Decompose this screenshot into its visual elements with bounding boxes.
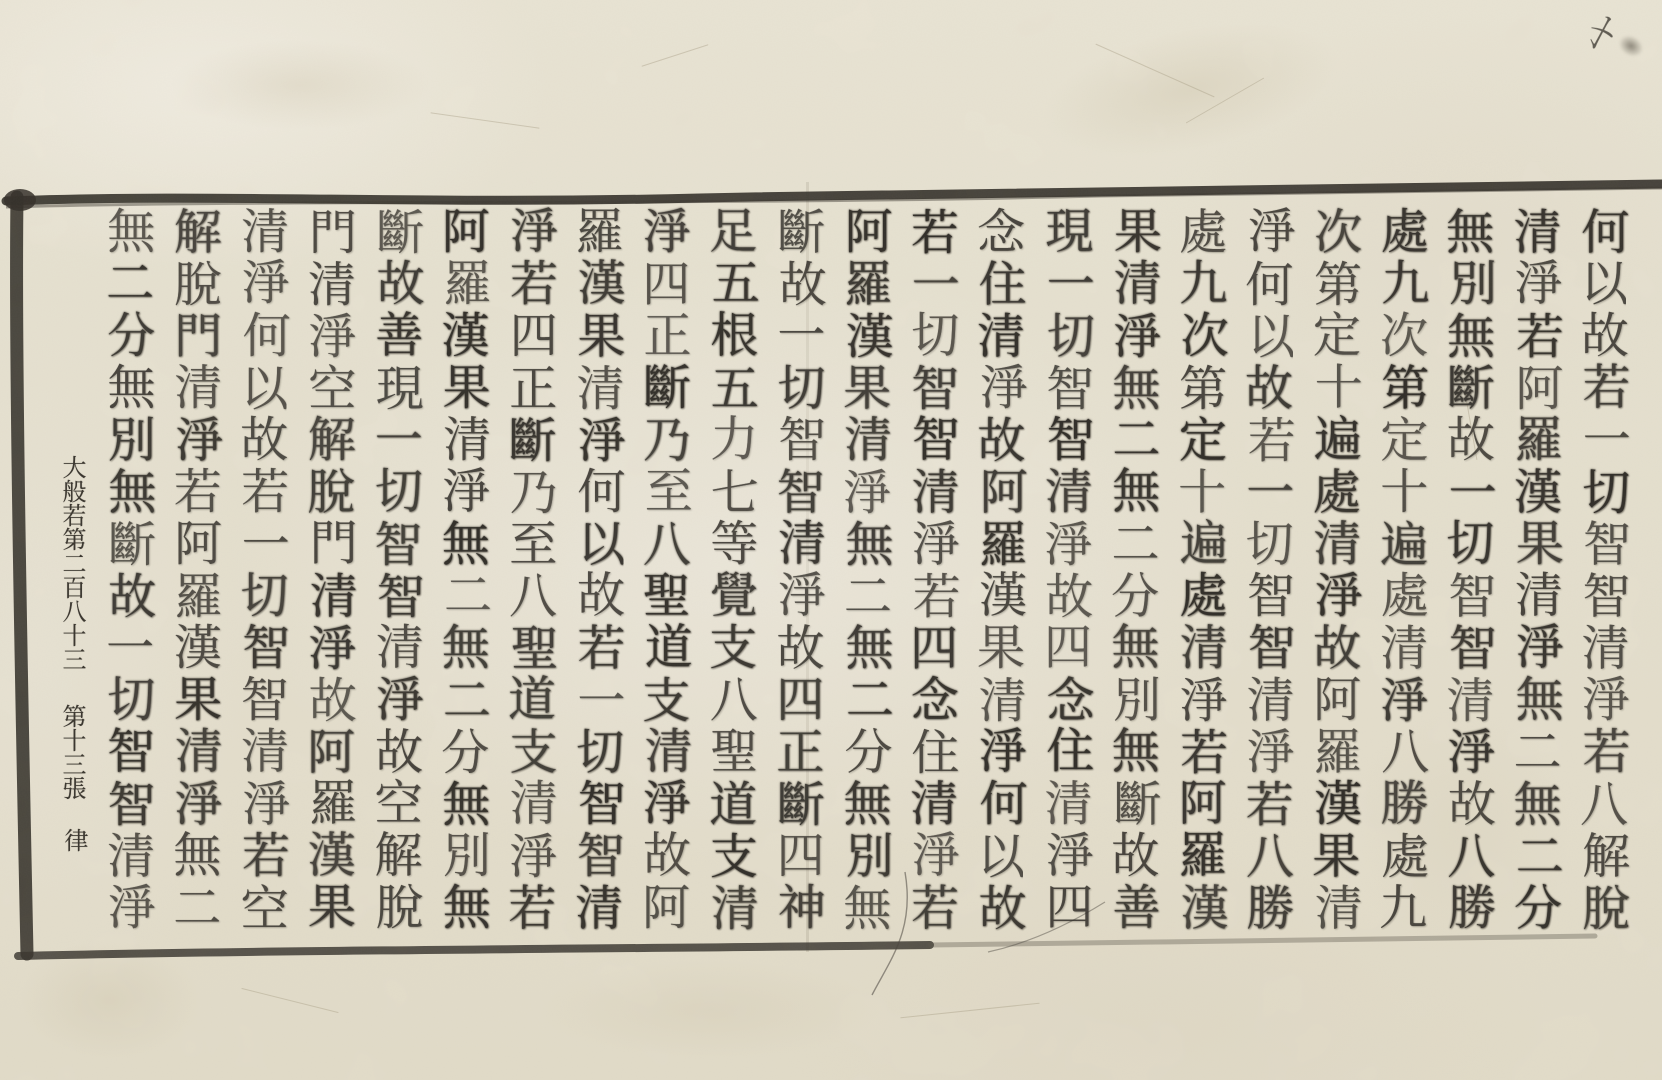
- glyph: 淨: [1233, 205, 1300, 257]
- glyph: 故: [1031, 571, 1098, 623]
- glyph: 空: [226, 883, 293, 935]
- glyph: 故: [1434, 778, 1501, 830]
- glyph: 二: [159, 882, 226, 934]
- glyph: 一: [227, 518, 294, 570]
- glyph: 清: [362, 622, 429, 674]
- glyph: 九: [1367, 257, 1434, 309]
- glyph: 二: [430, 570, 497, 622]
- glyph: 清: [964, 675, 1031, 727]
- glyph: 無: [829, 778, 896, 830]
- glyph: 清: [830, 414, 897, 466]
- glyph: 無: [1433, 311, 1500, 363]
- glyph: 清: [561, 882, 628, 934]
- glyph: 淨: [495, 831, 562, 883]
- glyph: 根: [696, 309, 763, 361]
- glyph: 遍: [1165, 517, 1232, 569]
- glyph: 清: [495, 778, 562, 830]
- text-column-16: 羅漢果清淨何以故若一切智智清: [562, 206, 629, 950]
- glyph: 智: [360, 519, 427, 571]
- glyph: 智: [1032, 363, 1099, 415]
- text-column-11: 若一切智智清淨若四念住清淨若: [897, 206, 964, 950]
- glyph: 乃: [495, 467, 562, 519]
- glyph: 羅: [160, 571, 227, 623]
- glyph: 解: [360, 829, 427, 881]
- glyph: 斷: [94, 519, 161, 571]
- text-column-22: 解脫門清淨若阿羅漢果清淨無二: [160, 206, 227, 950]
- glyph: 斷: [1432, 363, 1499, 415]
- text-column-10: 念住清淨故阿羅漢果清淨何以故: [964, 206, 1031, 950]
- glyph: 故: [1231, 362, 1298, 414]
- glyph: 二: [1501, 831, 1568, 883]
- glyph: 淨: [1099, 311, 1166, 363]
- glyph: 淨: [965, 362, 1032, 414]
- glyph: 勝: [1366, 777, 1433, 829]
- glyph: 等: [696, 518, 763, 570]
- glyph: 阿: [1501, 363, 1568, 415]
- glyph: 清: [963, 310, 1030, 362]
- glyph: 九: [1165, 257, 1232, 309]
- glyph: 脫: [361, 882, 428, 934]
- glyph: 果: [963, 622, 1030, 674]
- glyph: 四: [762, 674, 829, 726]
- glyph: 智: [1568, 570, 1635, 622]
- glyph: 淨: [1366, 675, 1433, 727]
- glyph: 羅: [561, 206, 628, 258]
- sutra-text-block: 何以故若一切智智清淨若八解脫清淨若阿羅漢果清淨無二無二分無別無斷故一切智智清淨故…: [93, 206, 1634, 950]
- text-column-4: 處九次第定十遍處清淨八勝處九: [1366, 206, 1433, 950]
- glyph: 果: [293, 882, 360, 934]
- glyph: 羅: [1299, 727, 1366, 779]
- glyph: 無: [1097, 621, 1164, 673]
- glyph: 智: [562, 830, 629, 882]
- glyph: 故: [762, 622, 829, 674]
- glyph: 淨: [964, 726, 1031, 778]
- glyph: 遍: [1366, 519, 1433, 571]
- glyph: 一: [763, 310, 830, 362]
- glyph: 住: [1032, 725, 1099, 777]
- text-column-6: 淨何以故若一切智智清淨若八勝: [1232, 206, 1299, 950]
- margin-series-mark: 律: [58, 828, 88, 852]
- glyph: 十: [1300, 361, 1367, 413]
- glyph: 若: [1568, 726, 1635, 778]
- glyph: 處: [1165, 570, 1232, 622]
- glyph: 切: [897, 309, 964, 361]
- glyph: 二: [1499, 726, 1566, 778]
- glyph: 至: [630, 466, 697, 518]
- glyph: 阿: [427, 206, 494, 258]
- glyph: 勝: [1434, 882, 1501, 934]
- glyph: 清: [429, 414, 496, 466]
- glyph: 一: [92, 622, 159, 674]
- scanned-sutra-page: { "page": { "kind": "woodblock-print-sut…: [0, 0, 1662, 1080]
- text-column-23: 無二分無別無斷故一切智智清淨: [93, 206, 160, 950]
- glyph: 清: [697, 883, 764, 935]
- glyph: 淨: [1567, 674, 1634, 726]
- glyph: 淨: [93, 882, 160, 934]
- glyph: 十: [1164, 466, 1231, 518]
- glyph: 智: [1434, 570, 1501, 622]
- glyph: 住: [964, 258, 1031, 310]
- glyph: 清: [294, 259, 361, 311]
- glyph: 神: [763, 882, 830, 934]
- glyph: 羅: [1164, 829, 1231, 881]
- glyph: 淨: [628, 777, 695, 829]
- glyph: 故: [226, 414, 293, 466]
- glyph: 八: [1433, 831, 1500, 883]
- glyph: 故: [1097, 830, 1164, 882]
- glyph: 四: [762, 830, 829, 882]
- text-column-7: 處九次第定十遍處清淨若阿羅漢: [1165, 206, 1232, 950]
- glyph: 無: [831, 519, 898, 571]
- glyph: 切: [1568, 467, 1635, 519]
- glyph: 淨: [1030, 519, 1097, 571]
- glyph: 清: [1232, 674, 1299, 726]
- glyph: 清: [1031, 466, 1098, 518]
- glyph: 次: [1166, 310, 1233, 362]
- glyph: 四: [1030, 621, 1097, 673]
- glyph: 無: [428, 882, 495, 934]
- text-column-20: 門清淨空解脫門清淨故阿羅漢果: [294, 206, 361, 950]
- glyph: 切: [360, 466, 427, 518]
- glyph: 一: [563, 675, 630, 727]
- glyph: 果: [829, 362, 896, 414]
- glyph: 斷: [763, 207, 830, 259]
- glyph: 處: [1366, 570, 1433, 622]
- glyph: 四: [495, 310, 562, 362]
- glyph: 清: [1499, 207, 1566, 259]
- glyph: 淨: [628, 206, 695, 258]
- glyph: 無: [93, 362, 160, 414]
- glyph: 至: [495, 519, 562, 571]
- margin-volume-label: 大般若第二百八十三: [56, 455, 86, 671]
- glyph: 何: [563, 466, 630, 518]
- glyph: 斷: [1099, 778, 1166, 830]
- glyph: 無: [831, 622, 898, 674]
- glyph: 淨: [228, 779, 295, 831]
- glyph: 支: [495, 726, 562, 778]
- glyph: 故: [563, 570, 630, 622]
- glyph: 漢: [1500, 466, 1567, 518]
- glyph: 斷: [362, 207, 429, 259]
- glyph: 第: [1300, 259, 1367, 311]
- glyph: 別: [93, 415, 160, 467]
- glyph: 何: [1231, 259, 1298, 311]
- glyph: 智: [93, 779, 160, 831]
- glyph: 若: [1568, 362, 1635, 414]
- glyph: 無: [1098, 363, 1165, 415]
- glyph: 若: [897, 882, 964, 934]
- glyph: 清: [1099, 257, 1166, 309]
- glyph: 四: [896, 622, 963, 674]
- glyph: 切: [93, 674, 160, 726]
- glyph: 淨: [1031, 830, 1098, 882]
- glyph: 羅: [965, 519, 1032, 571]
- glyph: 門: [295, 518, 362, 570]
- glyph: 斷: [494, 415, 561, 467]
- glyph: 一: [1434, 467, 1501, 519]
- glyph: 果: [563, 310, 630, 362]
- glyph: 何: [228, 310, 295, 362]
- glyph: 支: [628, 675, 695, 727]
- glyph: 次: [1366, 310, 1433, 362]
- glyph: 清: [1030, 778, 1097, 830]
- glyph: 支: [695, 622, 762, 674]
- glyph: 切: [1432, 517, 1499, 569]
- glyph: 阿: [628, 882, 695, 934]
- glyph: 一: [360, 414, 427, 466]
- glyph: 淨: [563, 415, 630, 467]
- glyph: 羅: [1500, 414, 1567, 466]
- text-column-21: 清淨何以故若一切智智清淨若空: [227, 206, 294, 950]
- glyph: 無: [1097, 726, 1164, 778]
- glyph: 無: [93, 206, 160, 258]
- glyph: 一: [1232, 466, 1299, 518]
- glyph: 第: [1165, 363, 1232, 415]
- text-column-13: 斷故一切智智清淨故四正斷四神: [763, 206, 830, 950]
- glyph: 淨: [763, 569, 830, 621]
- glyph: 覺: [696, 569, 763, 621]
- glyph: 乃: [628, 414, 695, 466]
- glyph: 故: [963, 415, 1030, 467]
- glyph: 漢: [1300, 778, 1367, 830]
- glyph: 漢: [159, 622, 226, 674]
- glyph: 一: [1568, 414, 1635, 466]
- glyph: 十: [1366, 466, 1433, 518]
- glyph: 淨: [428, 465, 495, 517]
- glyph: 門: [160, 310, 227, 362]
- glyph: 無: [427, 622, 494, 674]
- glyph: 無: [1499, 779, 1566, 831]
- glyph: 五: [697, 257, 764, 309]
- glyph: 五: [696, 363, 763, 415]
- glyph: 無: [1432, 206, 1499, 258]
- glyph: 無: [829, 883, 896, 935]
- glyph: 淨: [294, 623, 361, 675]
- glyph: 故: [964, 883, 1031, 935]
- glyph: 羅: [295, 777, 362, 829]
- glyph: 何: [1567, 206, 1634, 258]
- glyph: 聖: [628, 570, 695, 622]
- glyph: 二: [92, 258, 159, 310]
- glyph: 清: [1299, 518, 1366, 570]
- glyph: 以: [1566, 258, 1633, 310]
- glyph: 切: [1032, 310, 1099, 362]
- glyph: 智: [1434, 622, 1501, 674]
- glyph: 淨: [160, 779, 227, 831]
- glyph: 清: [764, 517, 831, 569]
- glyph: 八: [1367, 727, 1434, 779]
- glyph: 智: [362, 571, 429, 623]
- glyph: 四: [1031, 881, 1098, 933]
- glyph: 清: [896, 778, 963, 830]
- glyph: 解: [293, 414, 360, 466]
- glyph: 智: [764, 414, 831, 466]
- glyph: 處: [1366, 206, 1433, 258]
- glyph: 智: [1569, 518, 1636, 570]
- glyph: 無: [428, 779, 495, 831]
- glyph: 勝: [1232, 883, 1299, 935]
- glyph: 分: [1097, 570, 1164, 622]
- glyph: 脫: [293, 466, 360, 518]
- text-column-9: 現一切智智清淨故四念住清淨四: [1031, 206, 1098, 950]
- text-column-19: 斷故善現一切智智清淨故空解脫: [361, 206, 428, 950]
- glyph: 一: [897, 259, 964, 311]
- glyph: 若: [1166, 727, 1233, 779]
- text-column-5: 次第定十遍處清淨故阿羅漢果清: [1299, 206, 1366, 950]
- glyph: 聖: [696, 726, 763, 778]
- glyph: 智: [1232, 570, 1299, 622]
- glyph: 門: [294, 207, 361, 259]
- glyph: 阿: [1164, 777, 1231, 829]
- glyph: 淨: [161, 414, 228, 466]
- glyph: 二: [831, 674, 898, 726]
- glyph: 切: [226, 570, 293, 622]
- glyph: 若: [563, 622, 630, 674]
- glyph: 淨: [496, 205, 563, 257]
- glyph: 道: [695, 779, 762, 831]
- glyph: 清: [1432, 675, 1499, 727]
- glyph: 清: [1567, 622, 1634, 674]
- glyph: 阿: [160, 518, 227, 570]
- glyph: 果: [160, 674, 227, 726]
- glyph: 無: [1501, 674, 1568, 726]
- glyph: 定: [1298, 309, 1365, 361]
- glyph: 若: [159, 466, 226, 518]
- glyph: 阿: [293, 726, 360, 778]
- glyph: 現: [1031, 205, 1098, 257]
- glyph: 淨: [1433, 727, 1500, 779]
- glyph: 淨: [829, 467, 896, 519]
- glyph: 若: [898, 571, 965, 623]
- glyph: 若: [494, 882, 561, 934]
- glyph: 脫: [159, 259, 226, 311]
- glyph: 善: [1098, 882, 1165, 934]
- glyph: 羅: [830, 259, 897, 311]
- glyph: 淨: [897, 518, 964, 570]
- glyph: 正: [762, 726, 829, 778]
- glyph: 智: [228, 622, 295, 674]
- glyph: 念: [1032, 675, 1099, 727]
- glyph: 以: [1233, 311, 1300, 363]
- glyph: 淨: [361, 674, 428, 726]
- glyph: 淨: [1232, 727, 1299, 779]
- glyph: 清: [295, 570, 362, 622]
- glyph: 若: [896, 207, 963, 259]
- glyph: 故: [629, 830, 696, 882]
- glyph: 淨: [1300, 570, 1367, 622]
- glyph: 淨: [897, 829, 964, 881]
- glyph: 分: [1500, 882, 1567, 934]
- glyph: 若: [1231, 779, 1298, 831]
- glyph: 清: [1165, 622, 1232, 674]
- glyph: 漢: [293, 830, 360, 882]
- glyph: 若: [227, 466, 294, 518]
- glyph: 處: [1165, 206, 1232, 258]
- glyph: 二: [1098, 414, 1165, 466]
- glyph: 故: [361, 726, 428, 778]
- glyph: 住: [897, 727, 964, 779]
- text-column-15: 淨四正斷乃至八聖道支清淨故阿: [629, 206, 696, 950]
- glyph: 阿: [1299, 674, 1366, 726]
- glyph: 足: [695, 205, 762, 257]
- glyph: 阿: [965, 467, 1032, 519]
- text-column-17: 淨若四正斷乃至八聖道支清淨若: [495, 206, 562, 950]
- glyph: 斷: [762, 779, 829, 831]
- glyph: 現: [361, 363, 428, 415]
- glyph: 若: [228, 830, 295, 882]
- glyph: 善: [361, 309, 428, 361]
- glyph: 何: [965, 778, 1032, 830]
- glyph: 漢: [563, 257, 630, 309]
- glyph: 智: [897, 363, 964, 415]
- glyph: 漢: [1166, 882, 1233, 934]
- glyph: 故: [1299, 622, 1366, 674]
- glyph: 空: [360, 777, 427, 829]
- glyph: 清: [227, 726, 294, 778]
- glyph: 次: [1300, 206, 1367, 258]
- glyph: 智: [226, 674, 293, 726]
- glyph: 清: [160, 362, 227, 414]
- glyph: 別: [831, 830, 898, 882]
- glyph: 清: [897, 466, 964, 518]
- glyph: 念: [896, 675, 963, 727]
- glyph: 清: [562, 363, 629, 415]
- glyph: 清: [630, 725, 697, 777]
- glyph: 漢: [427, 310, 494, 362]
- glyph: 分: [427, 727, 494, 779]
- glyph: 無: [1098, 466, 1165, 518]
- glyph: 切: [763, 362, 830, 414]
- glyph: 漢: [831, 311, 898, 363]
- glyph: 若: [1502, 311, 1569, 363]
- glyph: 正: [495, 363, 562, 415]
- glyph: 清: [1300, 882, 1367, 934]
- glyph: 斷: [628, 362, 695, 414]
- glyph: 清: [161, 725, 228, 777]
- glyph: 八: [495, 571, 562, 623]
- glyph: 無: [427, 518, 494, 570]
- glyph: 空: [294, 363, 361, 415]
- glyph: 果: [428, 362, 495, 414]
- text-column-3: 無別無斷故一切智智清淨故八勝: [1433, 206, 1500, 950]
- glyph: 故: [294, 675, 361, 727]
- glyph: 八: [695, 675, 762, 727]
- text-column-8: 果清淨無二無二分無別無斷故善: [1098, 206, 1165, 950]
- glyph: 故: [764, 259, 831, 311]
- glyph: 智: [762, 466, 829, 518]
- glyph: 七: [696, 467, 763, 519]
- glyph: 力: [696, 413, 763, 465]
- glyph: 故: [1432, 414, 1499, 466]
- glyph: 以: [226, 363, 293, 415]
- text-column-1: 何以故若一切智智清淨若八解脫: [1567, 206, 1634, 950]
- glyph: 智: [563, 778, 630, 830]
- glyph: 解: [159, 206, 226, 258]
- glyph: 漢: [965, 569, 1032, 621]
- glyph: 以: [963, 831, 1030, 883]
- glyph: 四: [628, 258, 695, 310]
- glyph: 別: [428, 830, 495, 882]
- glyph: 聖: [496, 623, 563, 675]
- glyph: 處: [1298, 466, 1365, 518]
- glyph: 淨: [1500, 257, 1567, 309]
- frame-corner-blob: [4, 189, 36, 211]
- glyph: 別: [1099, 674, 1166, 726]
- glyph: 羅: [429, 258, 496, 310]
- glyph: 果: [1099, 206, 1166, 258]
- glyph: 念: [963, 206, 1030, 258]
- glyph: 清: [1501, 570, 1568, 622]
